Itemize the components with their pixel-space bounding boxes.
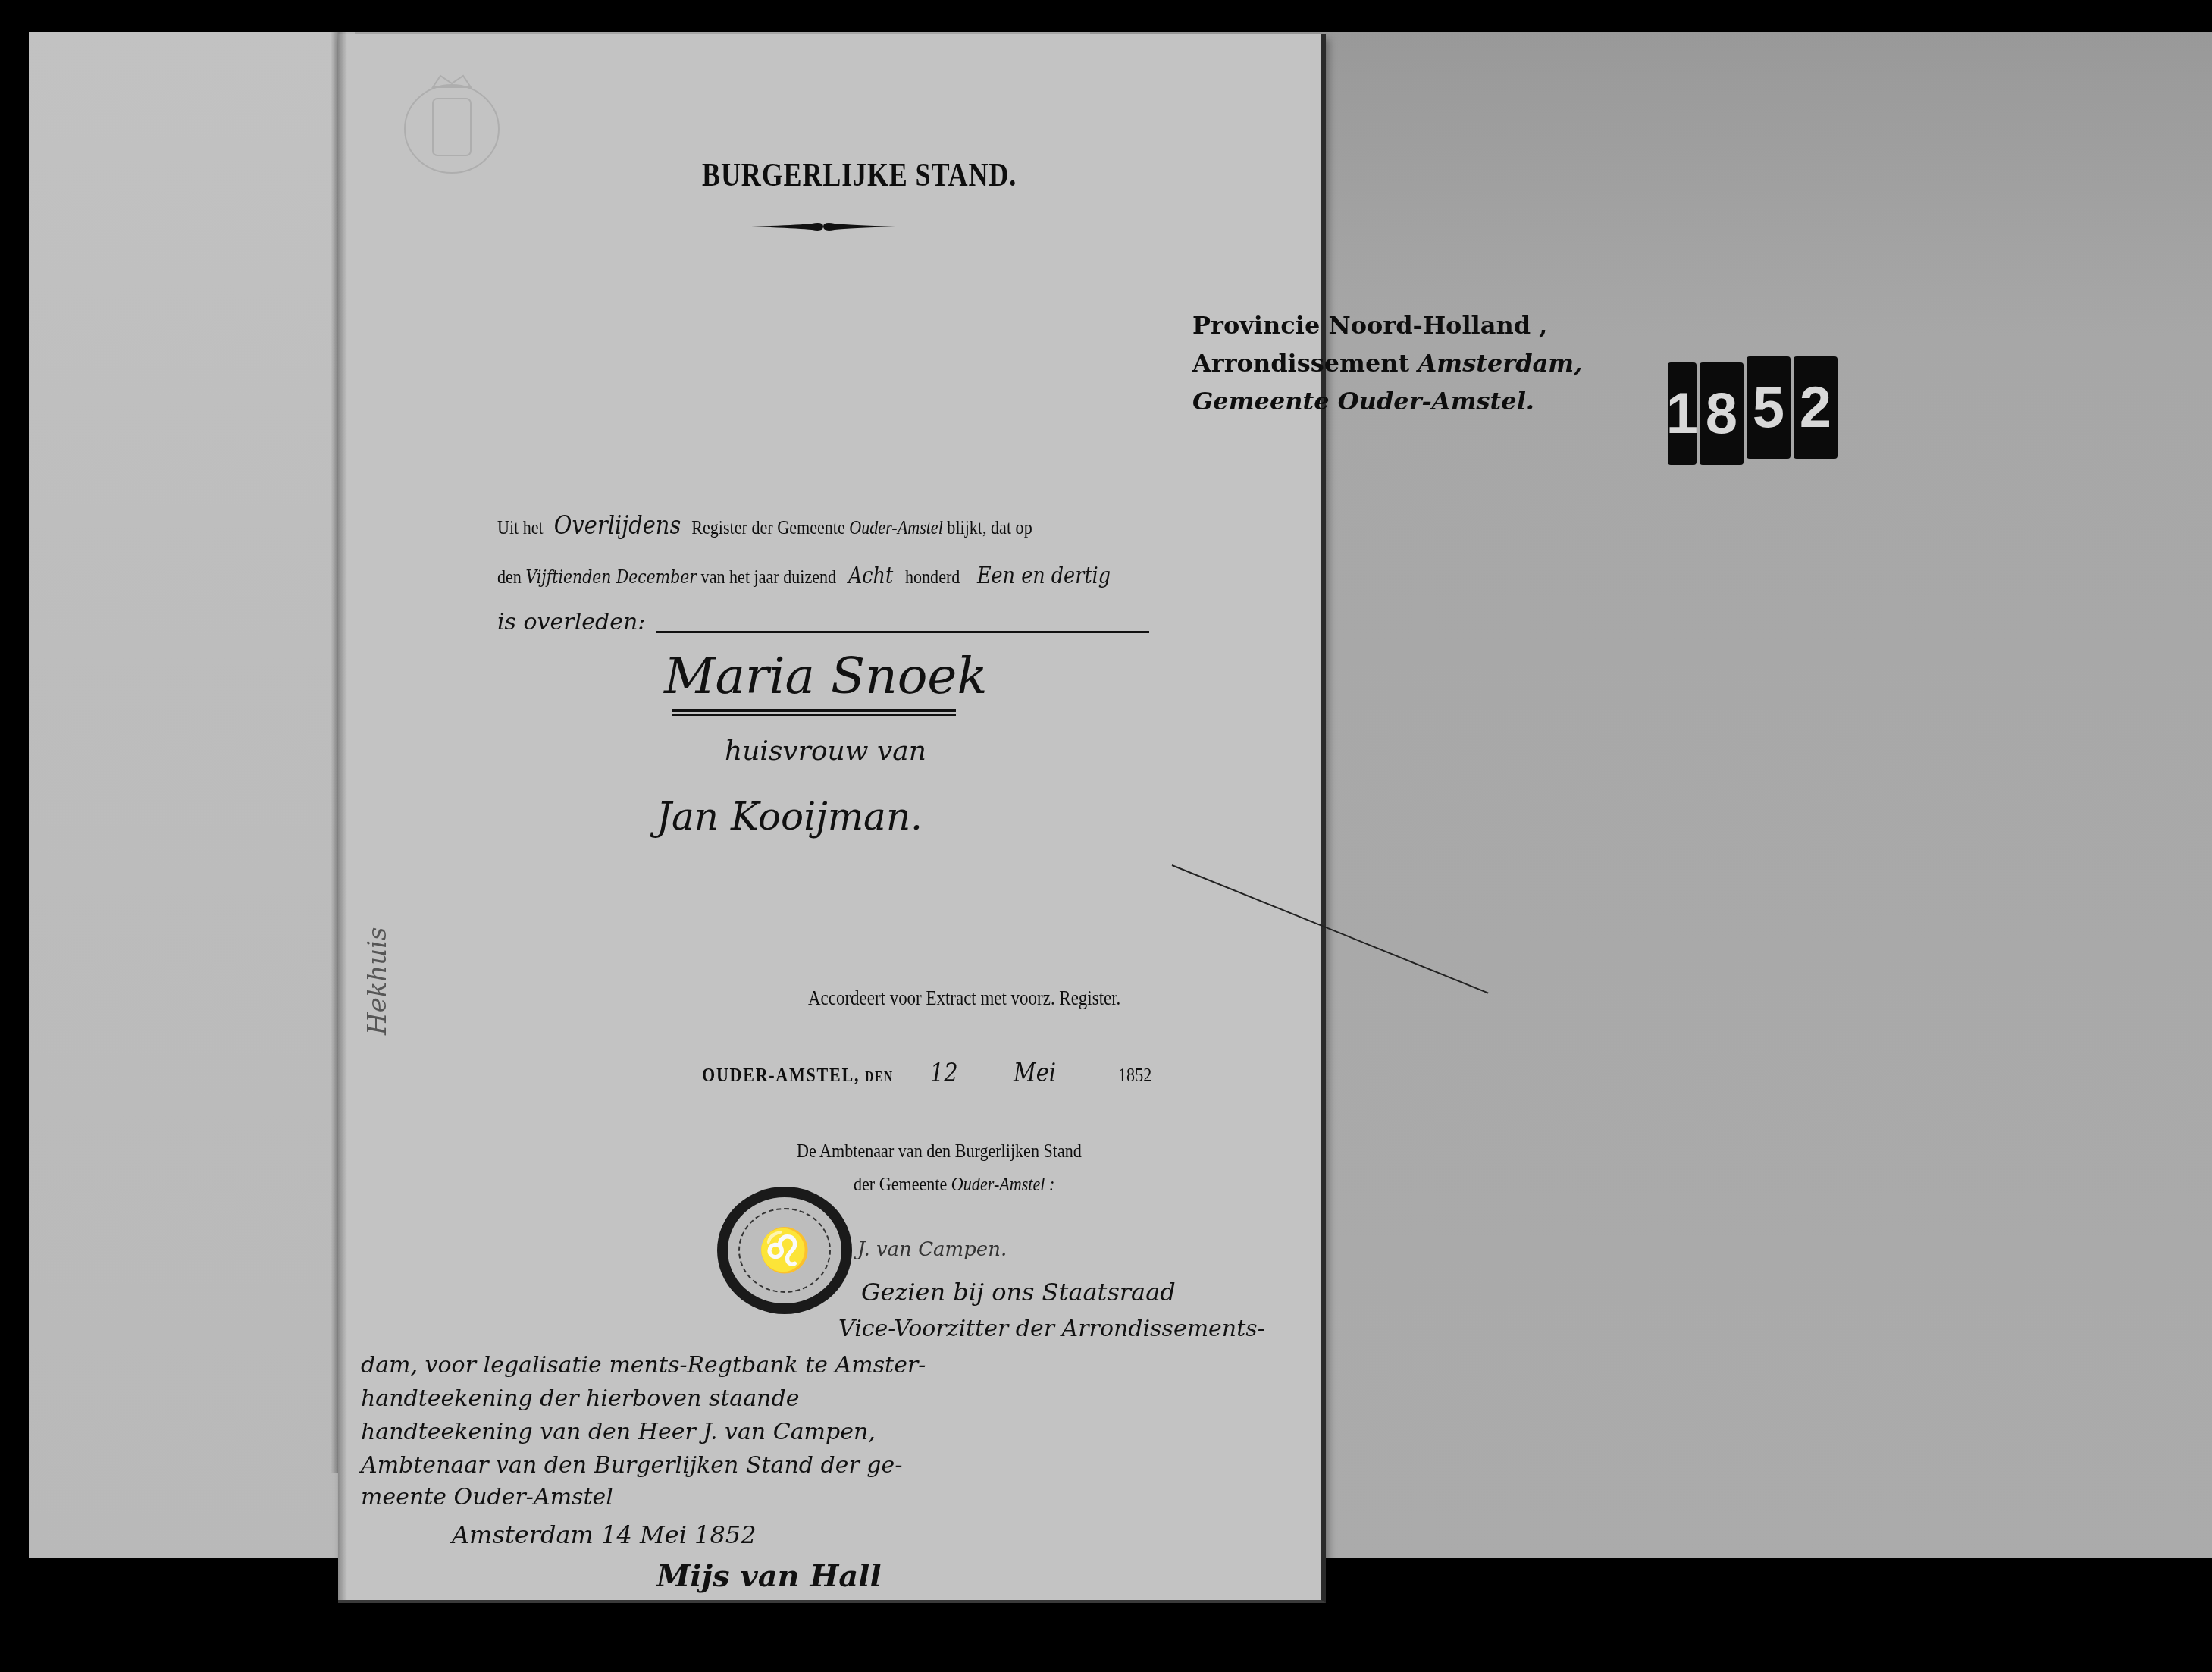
register-type: Overlijdens (554, 510, 681, 541)
year-digit: 8 (1700, 362, 1744, 465)
gemeente-line: Gemeente Ouder-Amstel. (1192, 387, 1534, 416)
legalisation-line: handteekening der hierboven staande (361, 1385, 799, 1412)
relation-text: huisvrouw van (725, 736, 926, 767)
legalisation-line: Gezien bij ons Staatsraad (861, 1278, 1176, 1307)
gemeente-value: Ouder-Amstel. (1338, 387, 1534, 416)
legalisation-line: dam, voor legalisatie ments-Regtbank te … (361, 1352, 926, 1379)
certificate-page: BURGERLIJKE STAND. Provincie Noord-Holla… (338, 34, 1326, 1603)
line2-middle: van het jaar duizend (701, 566, 837, 588)
underlying-page-left (29, 32, 355, 1558)
name-underline (672, 709, 956, 712)
lion-emblem-icon: ♌ (738, 1208, 831, 1293)
line1-middle: Register der Gemeente (691, 516, 844, 538)
ornament-divider-icon (751, 221, 895, 232)
name-underline-2 (672, 714, 956, 716)
municipal-seal-stamp: ♌ (717, 1187, 852, 1314)
year-digit: 1 (1668, 362, 1697, 465)
year-digit: 2 (1794, 356, 1838, 459)
province-line: Provincie Noord-Holland , (1192, 311, 1547, 340)
death-day: Vijftienden December (525, 566, 697, 588)
gemeente-label: Gemeente (1192, 387, 1330, 416)
cert-day: 12 (930, 1058, 958, 1088)
arrondissement-value: Amsterdam, (1418, 349, 1582, 378)
extract-line-3: is overleden: (497, 609, 645, 635)
official-prefix: der Gemeente (854, 1173, 947, 1195)
fill-line (656, 631, 1149, 633)
year-hundreds: Acht (848, 563, 893, 589)
spouse-name: Jan Kooijman. (656, 795, 923, 839)
official-line-2: der Gemeente Ouder-Amstel : (854, 1173, 1054, 1196)
arrondissement-line: Arrondissement Amsterdam, (1192, 349, 1582, 378)
cert-year: 1852 (1118, 1064, 1151, 1086)
extract-line-1: Uit het Overlijdens Register der Gemeent… (497, 510, 1032, 541)
legalisation-line: meente Ouder-Amstel (361, 1484, 613, 1510)
legalisation-line: Ambtenaar van den Burgerlijken Stand der… (361, 1452, 902, 1479)
line1-prefix: Uit het (497, 516, 544, 538)
accordeert-line: Accordeert voor Extract met voorz. Regis… (808, 987, 1120, 1010)
line1-suffix: blijkt, dat op (947, 516, 1032, 538)
legalisation-line: handteekening van den Heer J. van Campen… (361, 1419, 876, 1445)
official-line-1: De Ambtenaar van den Burgerlijken Stand (797, 1140, 1082, 1162)
year-plate: 1 8 5 2 (1668, 356, 1838, 465)
extract-line-2: den Vijftienden December van het jaar du… (497, 563, 1111, 589)
cert-month: Mei (1014, 1058, 1056, 1088)
line2-prefix: den (497, 566, 522, 588)
year-rest: Een en dertig (977, 563, 1111, 589)
arrondissement-label: Arrondissement (1192, 349, 1409, 378)
place-date-line: OUDER-AMSTEL, den 12 Mei 1852 (702, 1058, 1151, 1088)
legalisation-place-date: Amsterdam 14 Mei 1852 (452, 1520, 756, 1549)
deceased-name: Maria Snoek (664, 647, 987, 705)
line2-honderd: honderd (905, 566, 960, 588)
official-signature: J. van Campen. (857, 1238, 1007, 1261)
coat-of-arms-emboss-icon (399, 64, 505, 178)
page-edge-shade (338, 34, 347, 1600)
line1-gemeente: Ouder-Amstel (849, 516, 943, 538)
year-digit: 5 (1747, 356, 1791, 459)
official-gemeente: Ouder-Amstel : (951, 1173, 1054, 1195)
place-name: OUDER-AMSTEL, den (702, 1064, 894, 1086)
margin-annotation: Hekhuis (362, 927, 393, 1036)
legalisation-line: Vice-Voorzitter der Arrondissements- (838, 1316, 1265, 1342)
legalisation-signature: Mijs van Hall (656, 1558, 882, 1594)
document-title: BURGERLIJKE STAND. (702, 155, 1017, 194)
